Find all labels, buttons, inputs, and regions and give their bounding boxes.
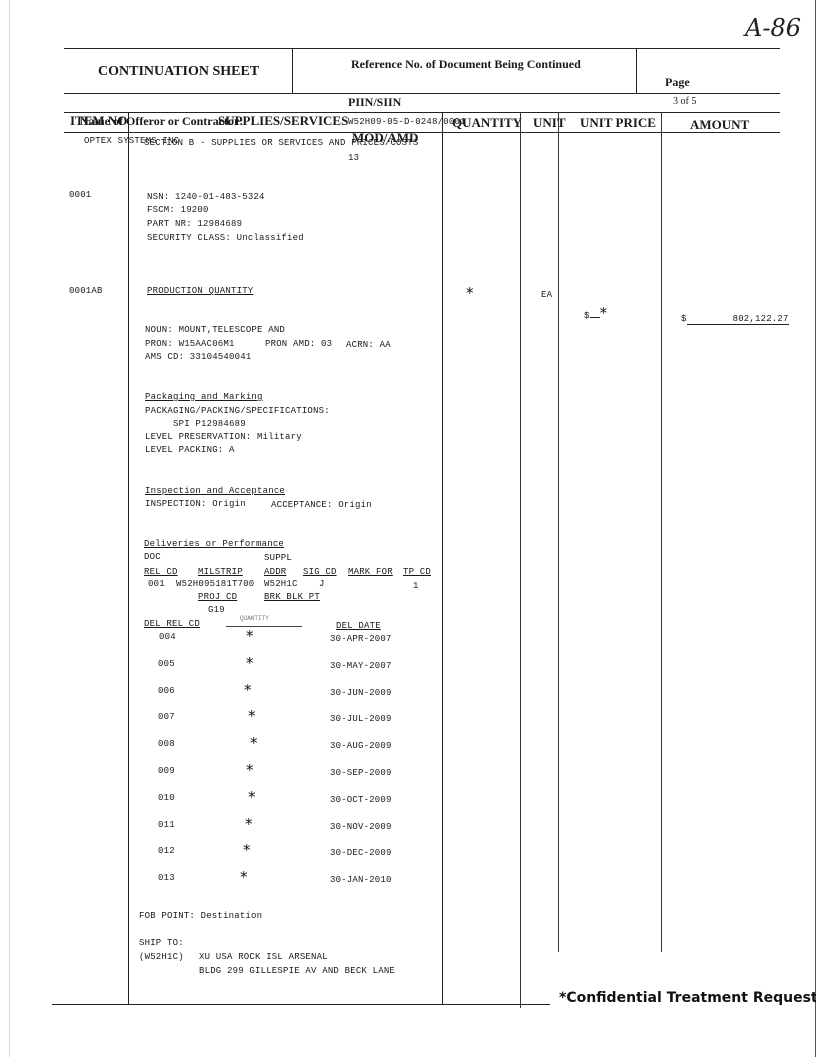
del-date: 30-NOV-2009 — [330, 822, 392, 832]
offeror-line: Name of Offeror or Contractor: OPTEX SYS… — [64, 94, 243, 166]
piin-value: W52H09-05-D-0248/0001 — [348, 117, 466, 127]
unit-price-prefix: $ — [584, 311, 590, 321]
section-heading: SECTION B - SUPPLIES OR SERVICES AND PRI… — [144, 138, 418, 148]
piin-line: PIIN/SIIN W52H09-05-D-0248/0001 MOD/AMD … — [332, 75, 466, 183]
quantity-redacted: * — [243, 841, 251, 859]
del-date: 30-APR-2007 — [330, 634, 392, 644]
col-del-rel-cd: DEL REL CD — [144, 619, 200, 629]
del-date: 30-SEP-2009 — [330, 768, 392, 778]
del-rel-cd: 010 — [158, 793, 175, 803]
del-rel-cd: 009 — [158, 766, 175, 776]
col-header-unit-price: UNIT PRICE — [580, 115, 656, 131]
page-value: 3 of 5 — [673, 96, 696, 107]
del-rel-cd: 011 — [158, 820, 175, 830]
nsn: NSN: 1240-01-483-5324 — [147, 192, 265, 202]
col-header-unit: UNIT — [533, 115, 566, 131]
pron-amd: PRON AMD: 03 — [265, 339, 332, 349]
ship-to-code: (W52H1C) — [139, 952, 184, 962]
col-divider-supplies — [442, 112, 443, 1004]
col-divider-item — [128, 112, 129, 1004]
ship-to-label: SHIP TO: — [139, 938, 184, 948]
amount-field: $802,122.27 — [665, 290, 789, 344]
quantity-redacted: * — [248, 788, 256, 806]
col-rel-cd: REL CD — [144, 567, 178, 577]
col-proj-cd: PROJ CD — [198, 592, 237, 602]
col-milstrip: MILSTRIP — [198, 567, 243, 577]
col-addr: ADDR — [264, 567, 286, 577]
sheet-title: CONTINUATION SHEET — [98, 64, 259, 80]
quantity-redacted: * — [250, 734, 258, 752]
acrn: ACRN: AA — [346, 340, 391, 350]
header-divider-1 — [292, 48, 293, 93]
del-date: 30-JUN-2009 — [330, 688, 392, 698]
level-preservation: LEVEL PRESERVATION: Military — [145, 432, 302, 442]
production-quantity-title: PRODUCTION QUANTITY — [147, 286, 253, 296]
amount-value: 802,122.27 — [687, 314, 789, 325]
del-rel-cd: 008 — [158, 739, 175, 749]
col-quantity: QUANTITY — [240, 615, 269, 622]
deliveries-heading: Deliveries or Performance — [144, 539, 284, 549]
col-brk-blk-pt: BRK BLK PT — [264, 592, 320, 602]
col-quantity-rule: QUANTITY — [226, 616, 302, 627]
col-sig-cd: SIG CD — [303, 567, 337, 577]
acceptance-value: ACCEPTANCE: Origin — [271, 500, 372, 510]
del-date: 30-OCT-2009 — [330, 795, 392, 805]
del-rel-cd: 005 — [158, 659, 175, 669]
col-suppl: SUPPL — [264, 553, 292, 563]
del-date: 30-JAN-2010 — [330, 875, 392, 885]
del-rel-cd: 007 — [158, 712, 175, 722]
fscm: FSCM: 19200 — [147, 205, 209, 215]
quantity-redacted: * — [466, 284, 474, 302]
col-header-item-no: ITEM NO — [70, 113, 127, 129]
col-header-quantity: QUANTITY — [452, 115, 522, 131]
header-divider-2 — [636, 48, 637, 93]
packaging-heading: Packaging and Marking — [145, 392, 263, 402]
delivery-sig-cd: J — [319, 579, 325, 589]
del-date: 30-MAY-2007 — [330, 661, 392, 671]
ship-to-line2: BLDG 299 GILLESPIE AV AND BECK LANE — [199, 966, 395, 976]
inspection-value: INSPECTION: Origin — [145, 499, 246, 509]
delivery-tp-cd: 1 — [413, 581, 419, 591]
quantity-redacted: * — [246, 627, 254, 645]
col-mark-for: MARK FOR — [348, 567, 393, 577]
quantity-redacted: * — [246, 761, 254, 779]
quantity-redacted: * — [245, 815, 253, 833]
fob-point: FOB POINT: Destination — [139, 911, 262, 921]
del-rel-cd: 004 — [159, 632, 176, 642]
quantity-redacted: * — [244, 681, 252, 699]
delivery-addr: W52H1C — [264, 579, 298, 589]
level-packing: LEVEL PACKING: A — [145, 445, 235, 455]
del-date: 30-DEC-2009 — [330, 848, 392, 858]
footer-rule — [52, 1004, 550, 1005]
handwritten-stamp: A-86 — [745, 14, 801, 42]
proj-cd-value: G19 — [208, 605, 225, 615]
item-no-0001: 0001 — [69, 190, 91, 200]
column-header-top-rule — [64, 112, 780, 113]
confidential-note: *Confidential Treatment Requested — [559, 990, 816, 1006]
quantity-redacted: * — [246, 654, 254, 672]
col-tp-cd: TP CD — [403, 567, 431, 577]
ship-to-line1: XU USA ROCK ISL ARSENAL — [199, 952, 328, 962]
col-del-date: DEL DATE — [336, 621, 381, 631]
continuation-sheet-page: A-86 CONTINUATION SHEET Reference No. of… — [0, 0, 816, 1057]
col-header-supplies: SUPPLIES/SERVICES — [218, 113, 348, 129]
part-nr: PART NR: 12984689 — [147, 219, 242, 229]
del-rel-cd: 006 — [158, 686, 175, 696]
column-header-bottom-rule — [64, 132, 780, 133]
item-no-0001ab: 0001AB — [69, 286, 103, 296]
reference-label: Reference No. of Document Being Continue… — [351, 57, 581, 72]
col-header-amount: AMOUNT — [690, 117, 749, 133]
mod-value: 13 — [348, 153, 359, 163]
col-divider-unit-price — [661, 112, 662, 952]
piin-label: PIIN/SIIN — [348, 95, 401, 109]
quantity-redacted: * — [248, 707, 256, 725]
noun: NOUN: MOUNT,TELESCOPE AND — [145, 325, 285, 335]
packaging-spec-label: PACKAGING/PACKING/SPECIFICATIONS: — [145, 406, 330, 416]
security-class: SECURITY CLASS: Unclassified — [147, 233, 304, 243]
col-divider-unit — [558, 112, 559, 952]
packaging-spec-value: SPI P12984689 — [173, 419, 246, 429]
del-date: 30-JUL-2009 — [330, 714, 392, 724]
del-rel-cd: 013 — [158, 873, 175, 883]
del-rel-cd: 012 — [158, 846, 175, 856]
col-divider-quantity — [520, 112, 521, 1008]
quantity-redacted: * — [240, 868, 248, 886]
unit-price-redacted: * — [600, 304, 608, 322]
page-label: Page — [665, 75, 690, 89]
delivery-milstrip: W52H095181T700 — [176, 579, 254, 589]
ams-cd: AMS CD: 33104540041 — [145, 352, 251, 362]
pron: PRON: W15AAC06M1 — [145, 339, 235, 349]
scan-edge-left — [9, 0, 10, 1057]
header-top-rule — [64, 48, 780, 49]
del-date: 30-AUG-2009 — [330, 741, 392, 751]
inspection-heading: Inspection and Acceptance — [145, 486, 285, 496]
unit-value: EA — [541, 290, 552, 300]
delivery-rel-cd: 001 — [148, 579, 165, 589]
unit-price-field: $* — [568, 286, 607, 341]
col-doc: DOC — [144, 552, 161, 562]
